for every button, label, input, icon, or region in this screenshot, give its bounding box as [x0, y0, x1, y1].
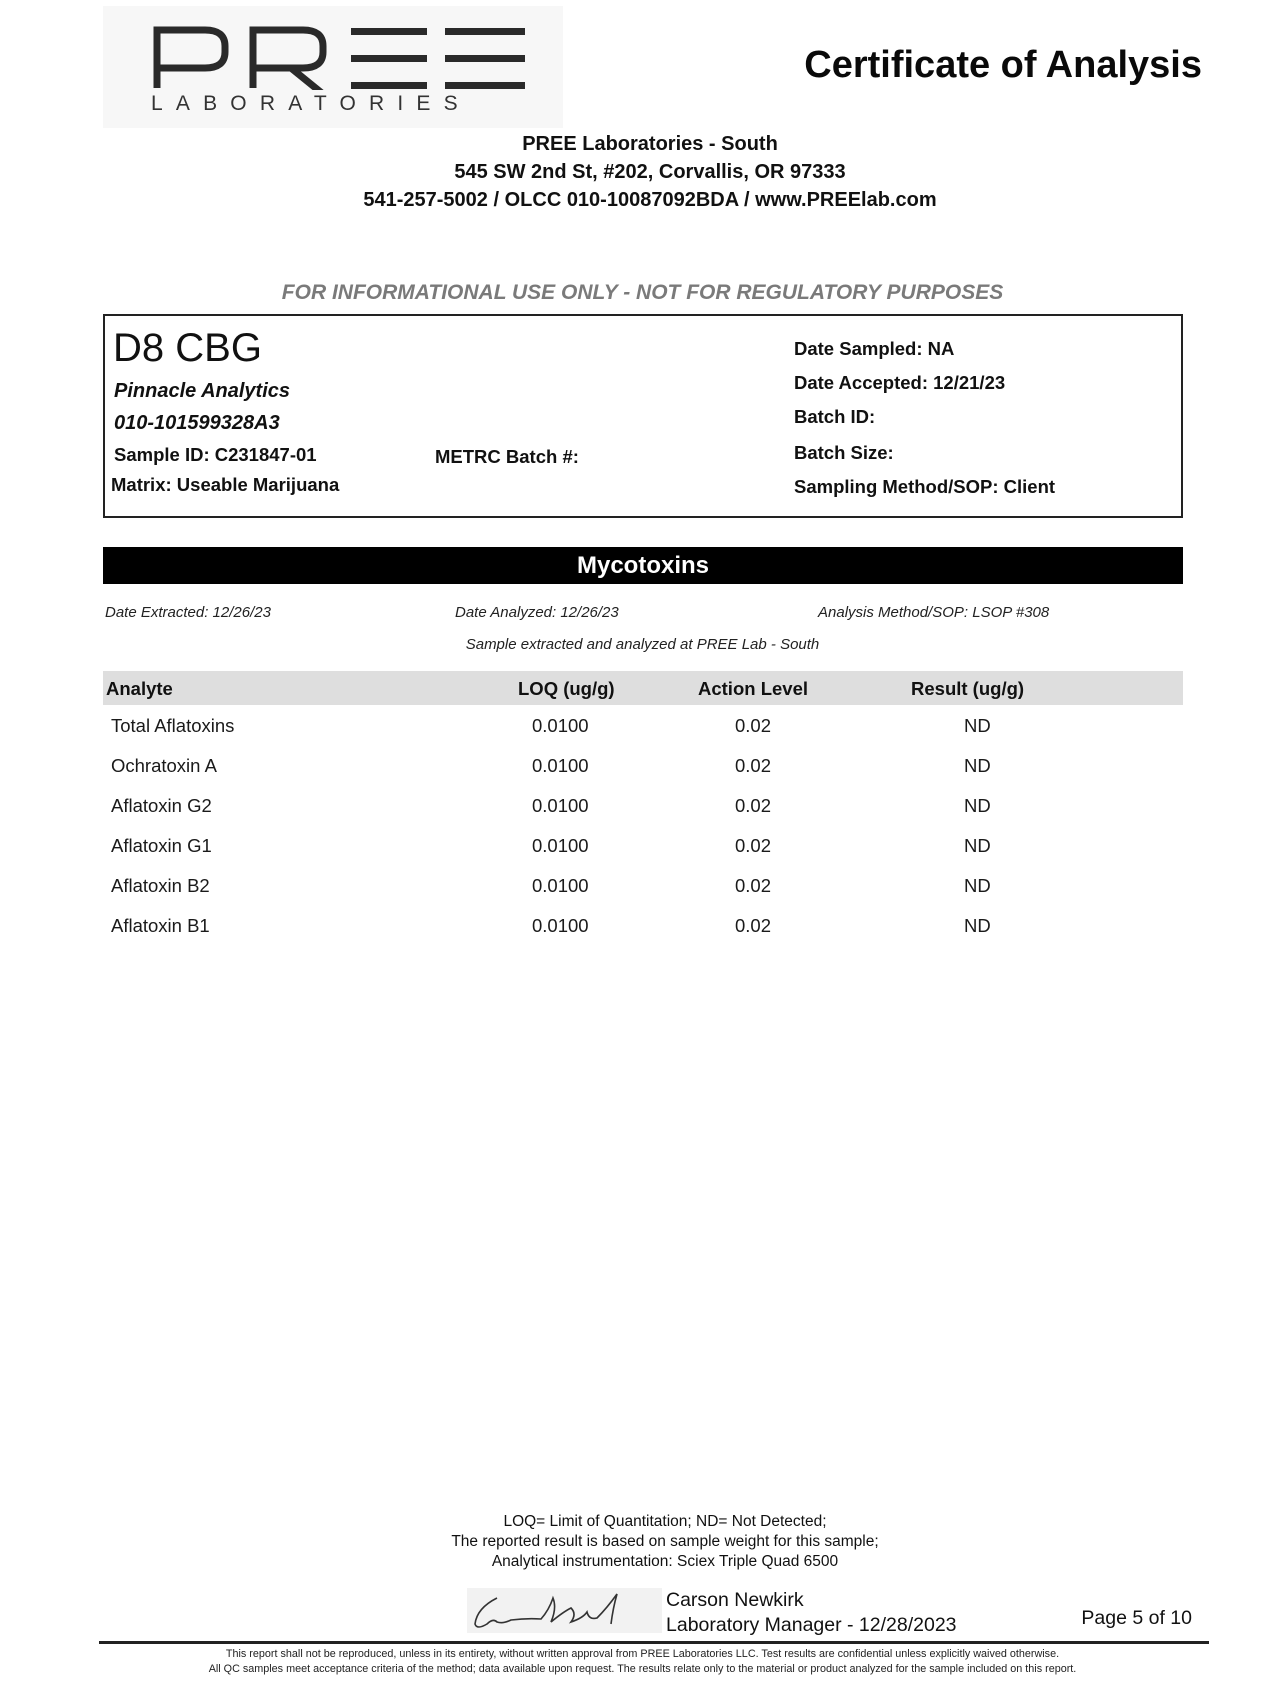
signer-block: Carson Newkirk Laboratory Manager - 12/2… — [666, 1588, 957, 1638]
lab-info: PREE Laboratories - South 545 SW 2nd St,… — [0, 130, 1285, 214]
table-row: Total Aflatoxins0.01000.02ND — [103, 715, 1183, 755]
footer-divider — [99, 1641, 1209, 1644]
table-row: Aflatoxin G10.01000.02ND — [103, 835, 1183, 875]
cell-action-level: 0.02 — [735, 795, 771, 817]
cell-analyte: Aflatoxin G2 — [111, 795, 212, 817]
disclaimer-banner: FOR INFORMATIONAL USE ONLY - NOT FOR REG… — [0, 281, 1285, 305]
pree-logo-wordmark — [153, 26, 525, 90]
cell-loq: 0.0100 — [532, 715, 589, 737]
cell-loq: 0.0100 — [532, 835, 589, 857]
table-row: Aflatoxin B20.01000.02ND — [103, 875, 1183, 915]
sample-info-box: D8 CBG Pinnacle Analytics 010-101599328A… — [103, 314, 1183, 518]
signer-title-date: Laboratory Manager - 12/28/2023 — [666, 1613, 957, 1638]
location-note: Sample extracted and analyzed at PREE La… — [0, 636, 1285, 653]
footer-line-1: This report shall not be reproduced, unl… — [0, 1648, 1285, 1660]
cell-result: ND — [964, 915, 991, 937]
batch-size: Batch Size: — [794, 442, 894, 464]
cell-loq: 0.0100 — [532, 755, 589, 777]
pree-logo: LABORATORIES — [103, 6, 563, 128]
cell-loq: 0.0100 — [532, 915, 589, 937]
cell-loq: 0.0100 — [532, 875, 589, 897]
notes-line-3: Analytical instrumentation: Sciex Triple… — [0, 1552, 1285, 1572]
footer-line-2: All QC samples meet acceptance criteria … — [0, 1663, 1285, 1675]
client-license: 010-101599328A3 — [114, 412, 280, 435]
signature-icon — [467, 1588, 662, 1633]
cell-result: ND — [964, 715, 991, 737]
date-sampled: Date Sampled: NA — [794, 338, 954, 360]
table-row: Ochratoxin A0.01000.02ND — [103, 755, 1183, 795]
cell-action-level: 0.02 — [735, 835, 771, 857]
notes-line-2: The reported result is based on sample w… — [0, 1532, 1285, 1552]
client-name: Pinnacle Analytics — [114, 380, 290, 403]
date-analyzed: Date Analyzed: 12/26/23 — [455, 604, 619, 621]
notes-line-1: LOQ= Limit of Quantitation; ND= Not Dete… — [0, 1512, 1285, 1532]
column-header-action-level: Action Level — [698, 678, 808, 700]
cell-analyte: Ochratoxin A — [111, 755, 217, 777]
section-title-mycotoxins: Mycotoxins — [103, 547, 1183, 584]
cell-action-level: 0.02 — [735, 915, 771, 937]
cell-loq: 0.0100 — [532, 795, 589, 817]
logo-subtext: LABORATORIES — [151, 92, 471, 116]
table-row: Aflatoxin B10.01000.02ND — [103, 915, 1183, 955]
table-row: Aflatoxin G20.01000.02ND — [103, 795, 1183, 835]
cell-action-level: 0.02 — [735, 875, 771, 897]
cell-result: ND — [964, 875, 991, 897]
lab-address: 545 SW 2nd St, #202, Corvallis, OR 97333 — [0, 158, 1285, 186]
product-name: D8 CBG — [113, 326, 262, 371]
date-extracted: Date Extracted: 12/26/23 — [105, 604, 271, 621]
matrix: Matrix: Useable Marijuana — [111, 474, 339, 496]
cell-result: ND — [964, 835, 991, 857]
date-accepted: Date Accepted: 12/21/23 — [794, 372, 1005, 394]
page-number: Page 5 of 10 — [1081, 1607, 1192, 1630]
notes: LOQ= Limit of Quantitation; ND= Not Dete… — [0, 1512, 1285, 1572]
document-title: Certificate of Analysis — [804, 44, 1202, 87]
lab-contact: 541-257-5002 / OLCC 010-10087092BDA / ww… — [0, 186, 1285, 214]
signer-name: Carson Newkirk — [666, 1588, 957, 1613]
cell-result: ND — [964, 755, 991, 777]
analysis-method: Analysis Method/SOP: LSOP #308 — [818, 604, 1049, 621]
lab-name: PREE Laboratories - South — [0, 130, 1285, 158]
cell-action-level: 0.02 — [735, 715, 771, 737]
column-header-loq: LOQ (ug/g) — [518, 678, 615, 700]
cell-action-level: 0.02 — [735, 755, 771, 777]
metrc-batch: METRC Batch #: — [435, 446, 579, 468]
cell-analyte: Aflatoxin B1 — [111, 915, 210, 937]
column-header-analyte: Analyte — [106, 678, 173, 700]
sampling-method: Sampling Method/SOP: Client — [794, 476, 1055, 498]
results-table-header: Analyte LOQ (ug/g) Action Level Result (… — [103, 671, 1183, 705]
cell-analyte: Aflatoxin B2 — [111, 875, 210, 897]
sample-id: Sample ID: C231847-01 — [114, 444, 317, 466]
cell-analyte: Total Aflatoxins — [111, 715, 234, 737]
cell-result: ND — [964, 795, 991, 817]
column-header-result: Result (ug/g) — [911, 678, 1024, 700]
cell-analyte: Aflatoxin G1 — [111, 835, 212, 857]
batch-id: Batch ID: — [794, 406, 875, 428]
